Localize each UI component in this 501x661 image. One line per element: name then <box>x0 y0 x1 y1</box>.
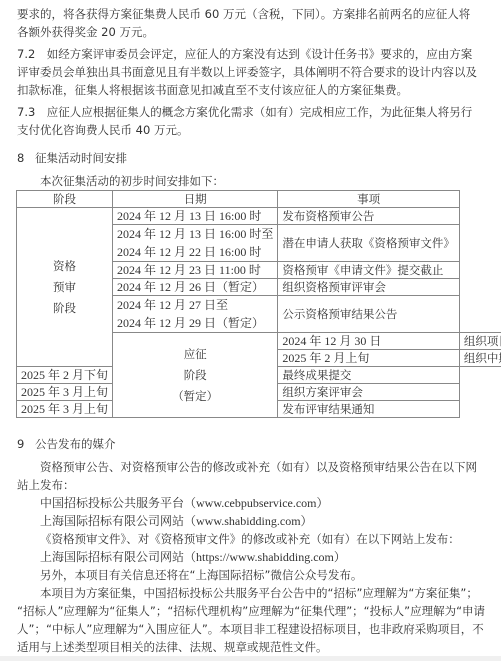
schedule-table: 阶段 日期 事项 资格 预审 阶段 2024 年 12 月 13 日 16:00… <box>16 190 501 418</box>
date-cell: 2024 年 12 月 26 日（暂定） <box>113 279 278 296</box>
page-bottom-edge <box>0 656 501 661</box>
date-cell: 2025 年 2 月上旬 <box>278 350 460 367</box>
table-row: 资格 预审 阶段 2024 年 12 月 13 日 16:00 时 发布资格预审… <box>17 208 501 225</box>
section9-p1-line1: 资格预审公告、对资格预审公告的修改或补充（如有）以及资格预审结果公告在以下网 <box>40 459 477 475</box>
section7-intro-line2: 各额外获得奖金 20 万元。 <box>17 24 154 40</box>
section9-p4-line2: “招标人”应理解为“征集人”；“招标代理机构”应理解为“征集代理”；“投标人”应… <box>17 603 485 619</box>
item-cell: 最终成果提交 <box>278 367 460 384</box>
date-cell: 2024 年 12 月 13 日 16:00 时至 2024 年 12 月 22… <box>113 225 278 262</box>
stage-label-line: 预审 <box>21 277 108 298</box>
stage-label-line: 资格 <box>21 256 108 277</box>
date-line: 2024 年 12 月 22 日 16:00 时 <box>117 243 273 261</box>
site-link-cebpubservice[interactable]: 中国招标投标公共服务平台（www.cebpubservice.com） <box>40 495 329 511</box>
section9-heading: 9公告发布的媒介 <box>17 436 116 452</box>
date-line: 2024 年 12 月 29 日（暂定） <box>117 314 273 332</box>
date-line: 2024 年 12 月 27 日至 <box>117 296 273 314</box>
section9-p4-line1: 本项目为方案征集，中国招标投标公共服务平台公告中的“招标”应理解为“方案征集”； <box>40 585 478 601</box>
item-cell: 发布资格预审公告 <box>278 208 460 225</box>
date-line: 2024 年 12 月 13 日 16:00 时至 <box>117 225 273 243</box>
item-cell: 资格预审《申请文件》提交截止 <box>278 262 460 279</box>
section9-p4-line4: 适用与上述类型项目相关的法律、法规、规章或规范性文件。 <box>17 639 328 655</box>
section8-number: 8 <box>17 150 35 166</box>
section8-title: 征集活动时间安排 <box>35 151 127 165</box>
section8-heading: 8征集活动时间安排 <box>17 150 127 166</box>
schedule-intro: 本次征集活动的初步时间安排如下： <box>40 173 224 189</box>
stage-submission: 应征 阶段 （暂定） <box>113 333 278 418</box>
header-item: 事项 <box>278 191 460 208</box>
item-cell: 发布评审结果通知 <box>278 401 460 418</box>
section9-p4-line3: 人”；“中标人”应理解为“入围应征人”。本项目非工程建设招标项目，也非政府采购项… <box>17 621 484 637</box>
section9-p1-line2: 站上发布： <box>17 477 75 493</box>
section9-p2: 《资格预审文件》、对《资格预审文件》的修改或补充（如有）在以下网站上发布： <box>40 531 460 547</box>
date-cell: 2024 年 12 月 13 日 16:00 时 <box>113 208 278 225</box>
item-cell: 组织中期成果沟通会 <box>459 350 501 367</box>
clause-7-2-line2: 评审委员会单独出具书面意见且有半数以上评委签字，具体阐明不符合要求的设计内容以及 <box>17 64 477 80</box>
item-cell: 公示资格预审结果公告 <box>278 296 460 333</box>
section9-number: 9 <box>17 436 35 452</box>
clause-7-2-line1: 7.2 如经方案评审委员会评定，应征人的方案没有达到《设计任务书》要求的，应由方… <box>17 46 472 62</box>
item-cell: 组织方案评审会 <box>278 384 460 401</box>
clause-7-2-line3: 扣款标准，征集人将根据该书面意见扣减直至不支付该应征人的方案征集费。 <box>17 82 408 98</box>
section9-p3: 另外，本项目有关信息还将在“上海国际招标”微信公众号发布。 <box>40 567 362 583</box>
item-cell: 潜在申请人获取《资格预审文件》 <box>278 225 460 262</box>
date-cell: 2025 年 3 月上旬 <box>17 401 113 418</box>
clause-7-3-line1: 7.3 应征人应根据征集人的概念方案优化需求（如有）完成相应工作，为此征集人将另… <box>17 104 472 120</box>
date-cell: 2024 年 12 月 27 日至 2024 年 12 月 29 日（暂定） <box>113 296 278 333</box>
item-cell: 组织资格预审评审会 <box>278 279 460 296</box>
stage-prequalification: 资格 预审 阶段 <box>17 208 113 367</box>
header-stage: 阶段 <box>17 191 113 208</box>
section7-intro-line1: 要求的，将各获得方案征集费人民币 60 万元（含税，下同）。方案排名前两名的应征… <box>17 6 470 22</box>
document-page: 要求的，将各获得方案征集费人民币 60 万元（含税，下同）。方案排名前两名的应征… <box>0 0 501 656</box>
stage-label-line: （暂定） <box>117 386 273 407</box>
date-cell: 2024 年 12 月 30 日 <box>278 333 460 350</box>
clause-7-3-line2: 支付优化咨询费人民币 40 万元。 <box>17 122 188 138</box>
stage-label-line: 应征 <box>117 344 273 365</box>
site-link-shabidding-https[interactable]: 上海国际招标有限公司网站（https://www.shabidding.com） <box>40 549 346 565</box>
stage-label-line: 阶段 <box>117 365 273 386</box>
date-cell: 2024 年 12 月 23 日 11:00 时 <box>113 262 278 279</box>
header-date: 日期 <box>113 191 278 208</box>
section9-title: 公告发布的媒介 <box>35 437 116 451</box>
site-link-shabidding[interactable]: 上海国际招标有限公司网站（www.shabidding.com） <box>40 513 313 529</box>
item-cell: 组织项目启动会与现场踏勘 <box>459 333 501 350</box>
date-cell: 2025 年 3 月上旬 <box>17 384 113 401</box>
table-header-row: 阶段 日期 事项 <box>17 191 501 208</box>
stage-label-line: 阶段 <box>21 298 108 319</box>
date-cell: 2025 年 2 月下旬 <box>17 367 113 384</box>
